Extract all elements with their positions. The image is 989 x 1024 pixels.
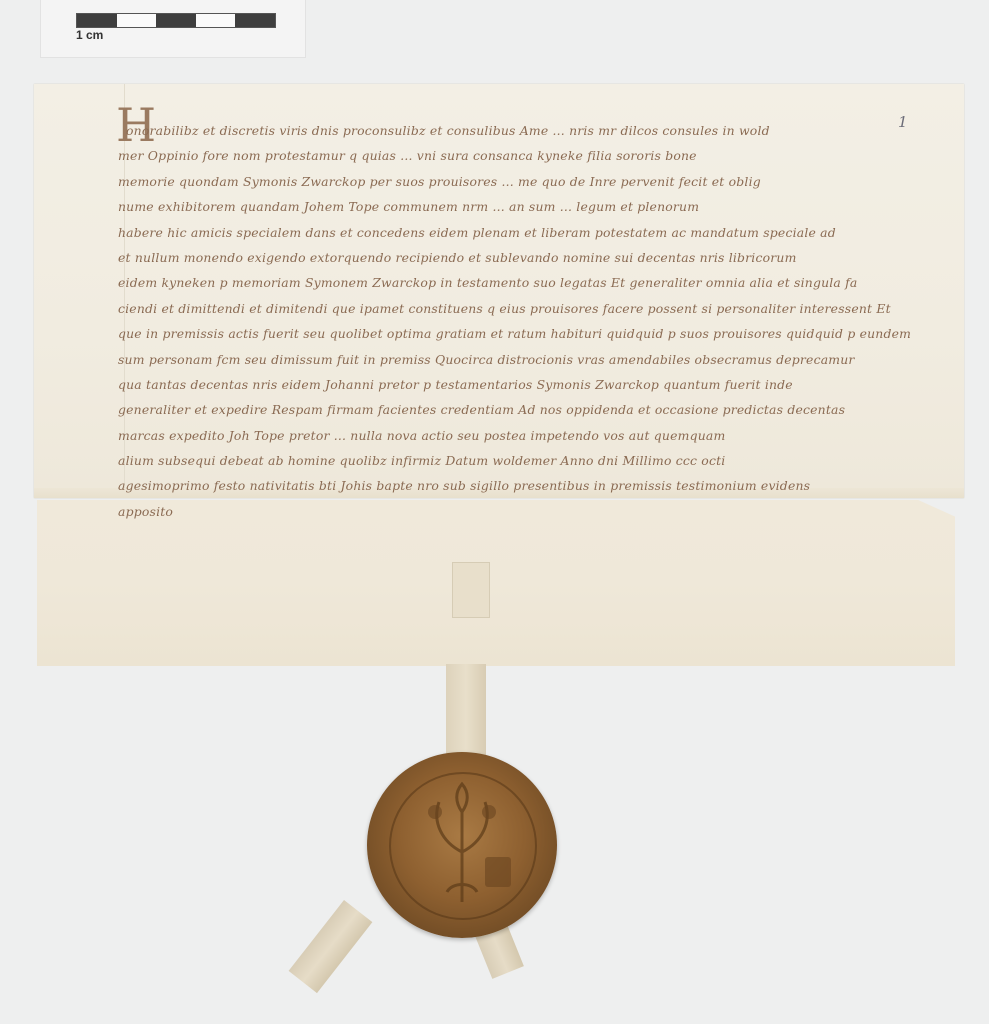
- text-line: onorabilibz et discretis viris dnis proc…: [118, 118, 938, 143]
- seal-slit: [452, 562, 490, 618]
- scale-segment: [235, 14, 275, 27]
- text-line: qua tantas decentas nris eidem Johanni p…: [118, 372, 938, 397]
- seal-strap-left: [289, 900, 373, 993]
- text-line: que in premissis actis fuerit seu quolib…: [118, 321, 938, 346]
- text-line: marcas expedito Joh Tope pretor ... null…: [118, 423, 938, 448]
- seal-fleur-de-lis-icon: [367, 752, 557, 938]
- scale-label: 1 cm: [76, 28, 103, 42]
- text-line: agesimoprimo festo nativitatis bti Johis…: [118, 473, 938, 498]
- seal-strap: [446, 664, 486, 764]
- scale-bar: [76, 13, 276, 28]
- scale-segment: [156, 14, 196, 27]
- wax-seal: [367, 752, 557, 938]
- text-line: nume exhibitorem quandam Johem Tope comm…: [118, 194, 938, 219]
- text-line: mer Oppinio fore nom protestamur q quias…: [118, 143, 938, 168]
- text-line: alium subsequi debeat ab homine quolibz …: [118, 448, 938, 473]
- text-line: memorie quondam Symonis Zwarckop per suo…: [118, 169, 938, 194]
- scale-segment: [117, 14, 157, 27]
- text-line: ciendi et dimittendi et dimitendi que ip…: [118, 296, 938, 321]
- scale-segment: [77, 14, 117, 27]
- text-line: sum personam fcm seu dimissum fuit in pr…: [118, 347, 938, 372]
- text-line: apposito: [118, 499, 938, 524]
- plica: [37, 500, 955, 666]
- scale-reference-card: 1 cm: [40, 0, 306, 58]
- text-line: generaliter et expedire Respam firmam fa…: [118, 397, 938, 422]
- text-line: et nullum monendo exigendo extorquendo r…: [118, 245, 938, 270]
- charter-text: onorabilibz et discretis viris dnis proc…: [118, 118, 938, 524]
- scale-segment: [196, 14, 236, 27]
- text-line: habere hic amicis specialem dans et conc…: [118, 220, 938, 245]
- text-line: eidem kyneken p memoriam Symonem Zwarcko…: [118, 270, 938, 295]
